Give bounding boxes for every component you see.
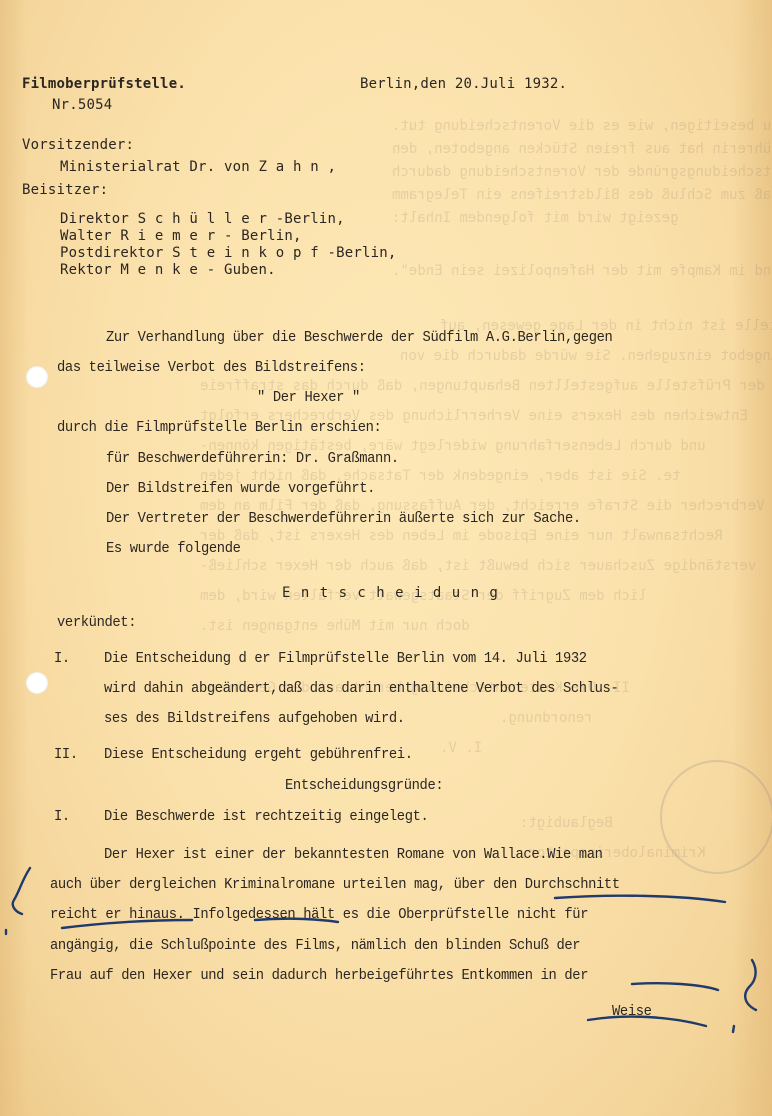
reason-paragraph-line: auch über dergleichen Kriminalromane urt… xyxy=(50,876,620,893)
shown-line: Der Bildstreifen wurde vorgeführt. xyxy=(106,480,375,497)
reason-line: Die Beschwerde ist rechtzeitig eingelegt… xyxy=(104,808,428,825)
decision-heading: E n t s c h e i d u n g xyxy=(282,585,499,601)
assessor: Postdirektor S t e i n k o p f -Berlin, xyxy=(60,245,397,261)
reason-paragraph-line: reicht er hinaus. Infolgedessen hält es … xyxy=(50,906,588,923)
ruling-number: I. xyxy=(54,650,70,667)
punch-hole xyxy=(26,672,48,694)
by-line: durch die Filmprüfstelle Berlin erschien… xyxy=(57,419,381,436)
file-number: Nr.5054 xyxy=(52,97,112,113)
office-name: Filmoberprüfstelle. xyxy=(22,76,186,92)
document-page: Weise zu beseitigen, wie es die Vorentsc… xyxy=(0,0,772,1116)
faint-stamp xyxy=(660,760,772,874)
announced-label: verkündet: xyxy=(57,614,136,631)
assessor: Rektor M e n k e - Guben. xyxy=(60,262,276,278)
reason-paragraph-line: Der Hexer ist einer der bekanntesten Rom… xyxy=(104,846,603,863)
assessor: Walter R i e m e r - Berlin, xyxy=(60,228,302,244)
reason-paragraph-line: angängig, die Schlußpointe des Films, nä… xyxy=(50,937,580,954)
representative-line: Der Vertreter der Beschwerdeführerin äuß… xyxy=(106,510,581,527)
reason-number: I. xyxy=(54,808,70,825)
ruling-line: Die Entscheidung d er Filmprüfstelle Ber… xyxy=(104,650,587,667)
ruling-line: ses des Bildstreifens aufgehoben wird. xyxy=(104,710,405,727)
intro-line: das teilweise Verbot des Bildstreifens: xyxy=(57,359,366,376)
place-date: Berlin,den 20.Juli 1932. xyxy=(360,76,567,92)
continuation-word: Weise xyxy=(612,1003,652,1020)
punch-hole xyxy=(26,366,48,388)
chair-name: Ministerialrat Dr. von Z a h n , xyxy=(60,159,336,175)
assessor: Direktor S c h ü l l e r -Berlin, xyxy=(60,211,345,227)
ruling-line: Diese Entscheidung ergeht gebührenfrei. xyxy=(104,746,413,763)
chair-label: Vorsitzender: xyxy=(22,137,134,153)
ruling-line: wird dahin abgeändert,daß das darin enth… xyxy=(104,680,618,697)
reasons-heading: Entscheidungsgründe: xyxy=(285,777,443,794)
paper-edge-shadow xyxy=(0,0,28,1116)
following-line: Es wurde folgende xyxy=(106,540,241,557)
ruling-number: II. xyxy=(54,746,78,763)
appeared-line: für Beschwerdeführerin: Dr. Graßmann. xyxy=(106,450,399,467)
reason-paragraph-line: Frau auf den Hexer und sein dadurch herb… xyxy=(50,967,588,984)
film-title: " Der Hexer " xyxy=(257,389,360,406)
intro-line: Zur Verhandlung über die Beschwerde der … xyxy=(106,329,612,346)
assessors-label: Beisitzer: xyxy=(22,182,108,198)
